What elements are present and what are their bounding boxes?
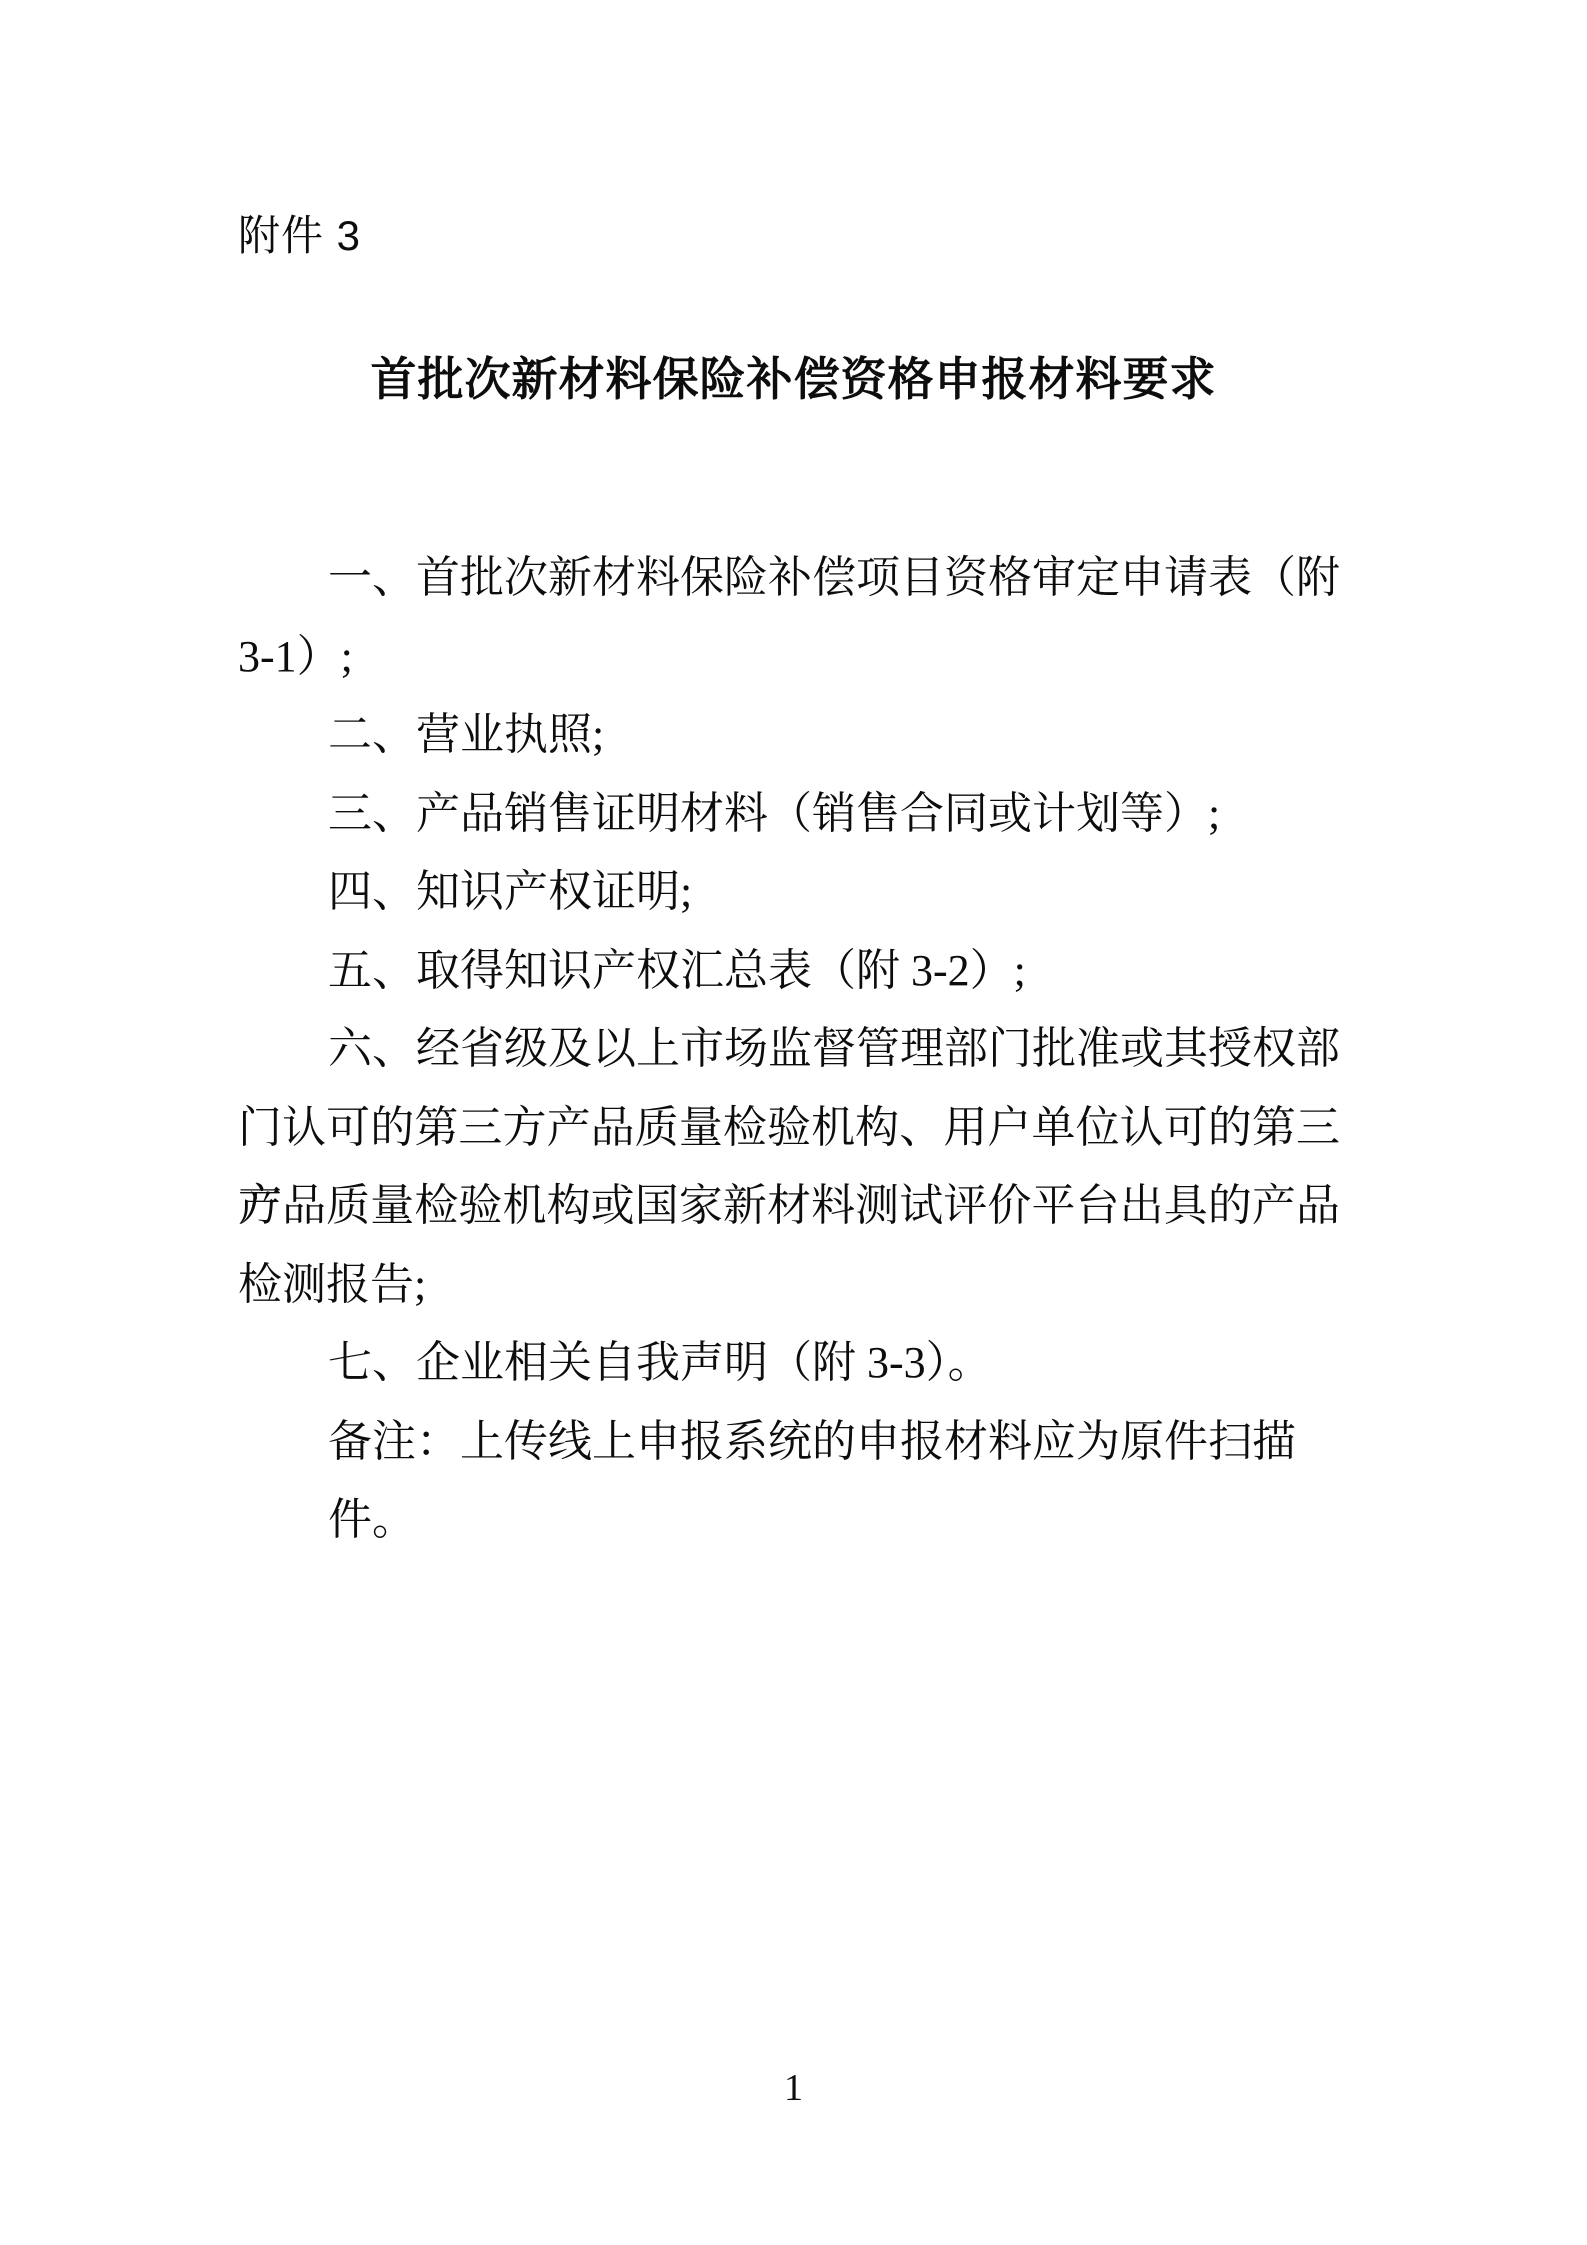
- attachment-label: 附件 3: [238, 210, 361, 262]
- body-line: 三、产品销售证明材料（销售合同或计划等）;: [238, 775, 1340, 854]
- body-line: 七、企业相关自我声明（附 3-3）。: [238, 1324, 1340, 1403]
- body-line: 备注：上传线上申报系统的申报材料应为原件扫描件。: [238, 1403, 1340, 1482]
- document-body: 一、首批次新材料保险补偿项目资格审定申请表（附3-1）;二、营业执照;三、产品销…: [238, 539, 1340, 1481]
- document-page: 附件 3 首批次新材料保险补偿资格申报材料要求 一、首批次新材料保险补偿项目资格…: [0, 0, 1587, 2245]
- body-line: 四、知识产权证明;: [238, 853, 1340, 932]
- document-title: 首批次新材料保险补偿资格申报材料要求: [0, 348, 1587, 410]
- body-line: 产品质量检验机构或国家新材料测试评价平台出具的产品: [238, 1167, 1340, 1246]
- body-line: 二、营业执照;: [238, 696, 1340, 775]
- body-line: 检测报告;: [238, 1246, 1340, 1325]
- body-line: 六、经省级及以上市场监督管理部门批准或其授权部: [238, 1010, 1340, 1089]
- body-line: 3-1）;: [238, 618, 1340, 697]
- body-line: 门认可的第三方产品质量检验机构、用户单位认可的第三方: [238, 1089, 1340, 1168]
- body-line: 五、取得知识产权汇总表（附 3-2）;: [238, 932, 1340, 1011]
- page-number: 1: [0, 2064, 1587, 2112]
- body-line: 一、首批次新材料保险补偿项目资格审定申请表（附: [238, 539, 1340, 618]
